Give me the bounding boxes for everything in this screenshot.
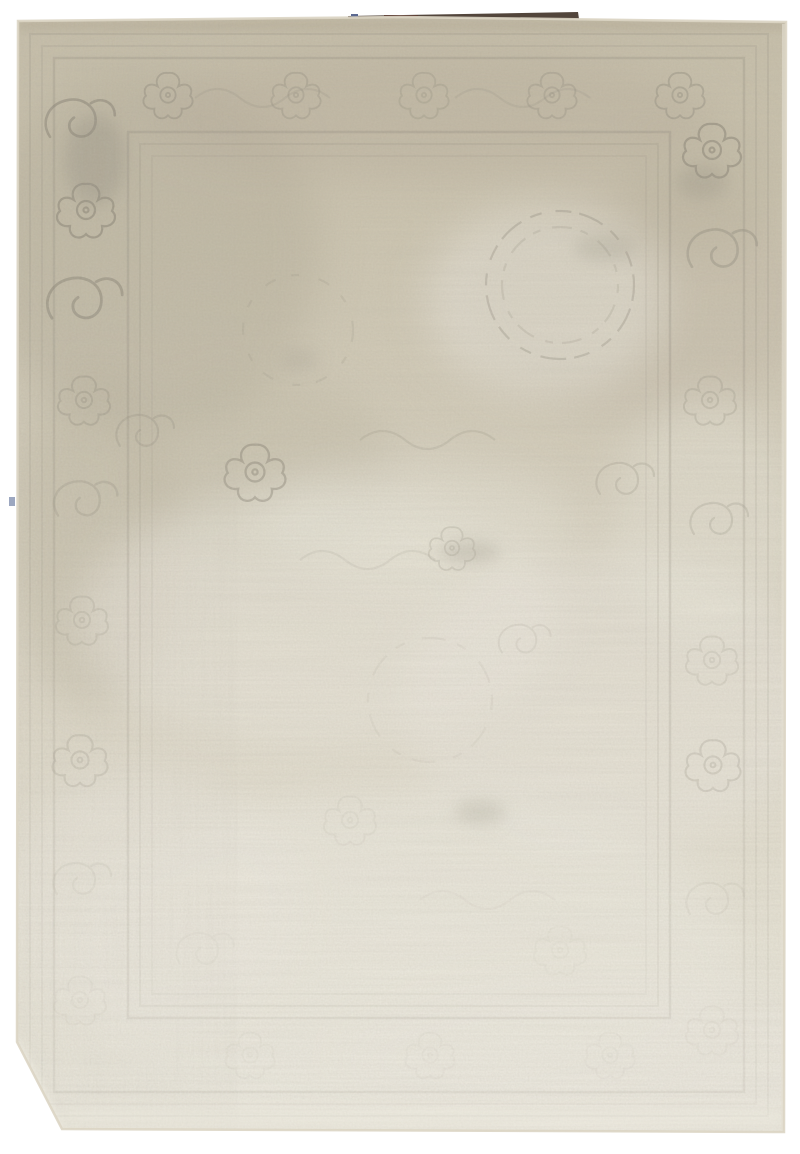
rug-image: Faded vintage Oriental area rug in beige… [0, 0, 800, 1154]
rug-weave-texture [17, 12, 787, 1134]
photo-backdrop: Faded vintage Oriental area rug in beige… [0, 0, 800, 1154]
